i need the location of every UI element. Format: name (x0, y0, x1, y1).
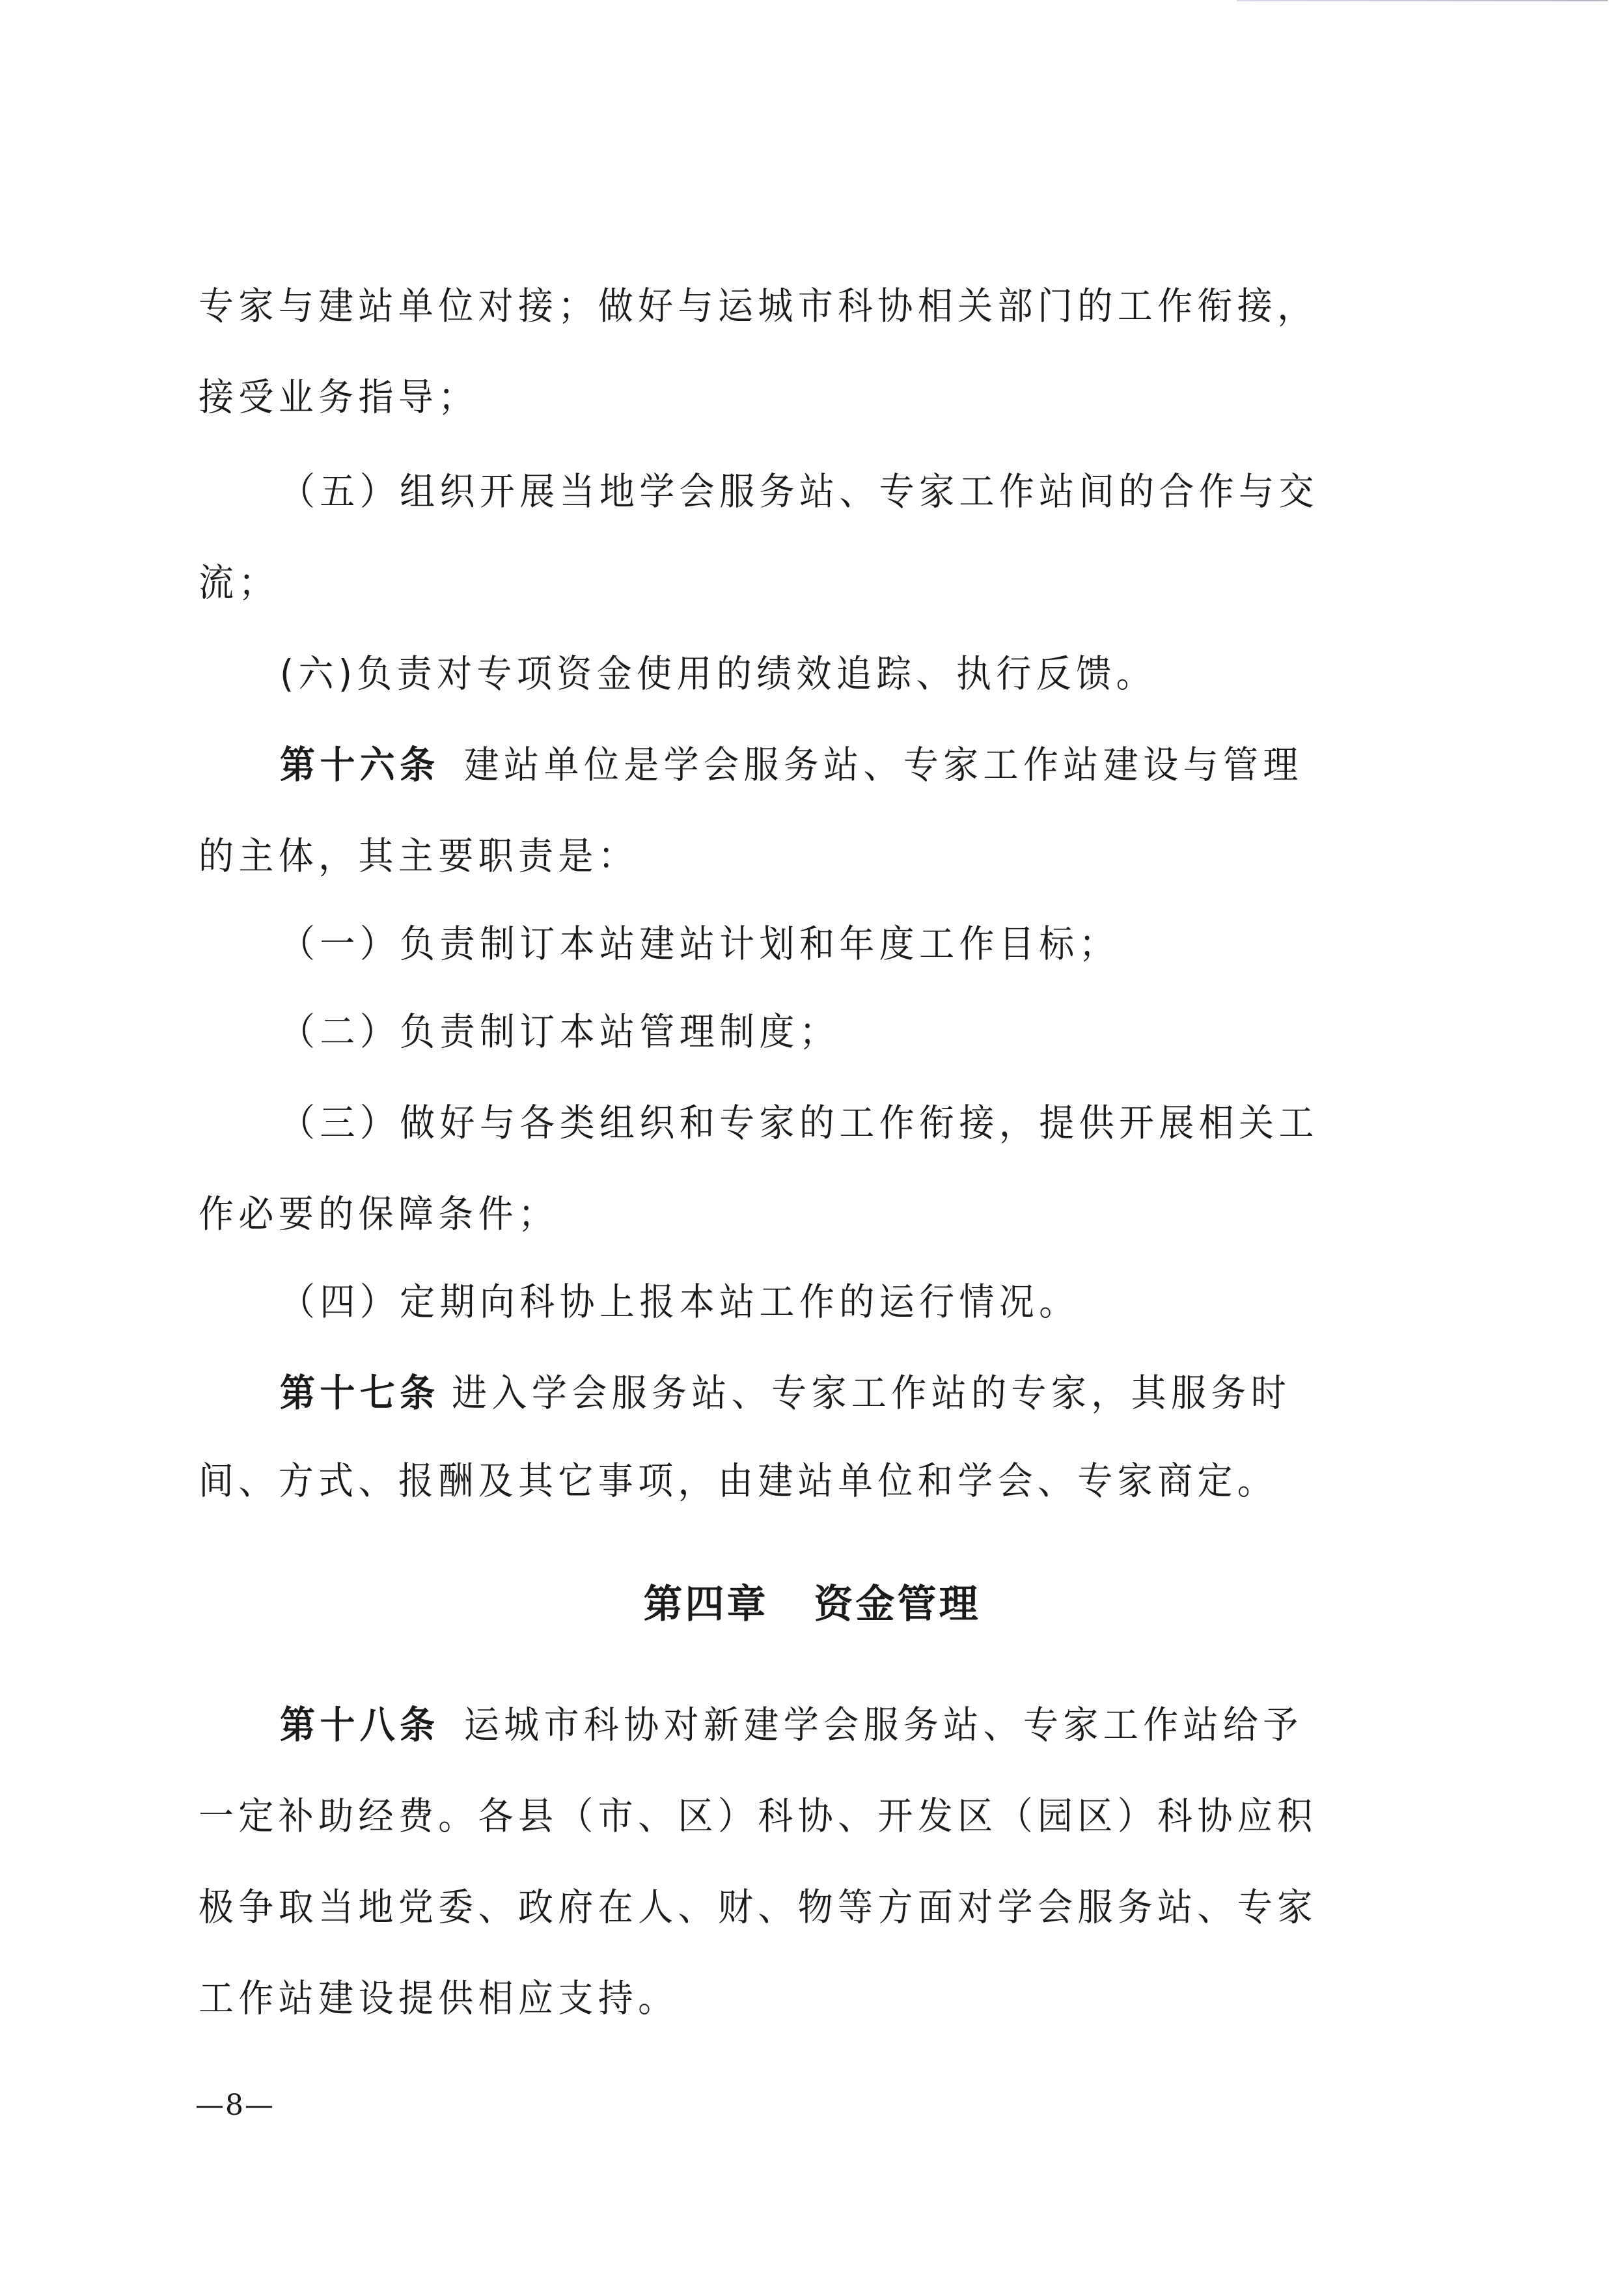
paragraph-line: 间、方式、报酬及其它事项，由建站单位和学会、专家商定。 (199, 1455, 1325, 1507)
article-17-label: 第十七条 (280, 1371, 440, 1415)
chapter-number: 第四章 (644, 1582, 769, 1627)
paragraph-line: 工作站建设提供相应支持。 (199, 1972, 1325, 2024)
article-17: 第十七条进入学会服务站、专家工作站的专家，其服务时 (280, 1367, 1406, 1419)
list-item-6: (六)负责对专项资金使用的绩效追踪、执行反馈。 (280, 648, 1406, 700)
paragraph-line: 作必要的保障条件； (199, 1188, 1325, 1240)
document-page: 专家与建站单位对接；做好与运城市科协相关部门的工作衔接， 接受业务指导； （五）… (0, 0, 1624, 2282)
paragraph-line: 极争取当地党委、政府在人、财、物等方面对学会服务站、专家 (199, 1881, 1325, 1933)
list-item-5: （五）组织开展当地学会服务站、专家工作站间的合作与交 (280, 465, 1406, 517)
paragraph-line: 专家与建站单位对接；做好与运城市科协相关部门的工作衔接， (199, 280, 1325, 332)
paragraph-line: 的主体，其主要职责是： (199, 830, 1325, 882)
article-16-item-1: （一）负责制订本站建站计划和年度工作目标； (280, 918, 1406, 970)
article-16: 第十六条建站单位是学会服务站、专家工作站建设与管理 (280, 739, 1406, 791)
article-16-label: 第十六条 (280, 743, 440, 787)
article-16-item-4: （四）定期向科协上报本站工作的运行情况。 (280, 1276, 1406, 1328)
article-17-text: 进入学会服务站、专家工作站的专家，其服务时 (452, 1371, 1291, 1415)
paragraph-line: 接受业务指导； (199, 371, 1325, 423)
chapter-heading: 第四章资金管理 (0, 1578, 1624, 1630)
chapter-title: 资金管理 (814, 1582, 981, 1627)
article-16-item-2: （二）负责制订本站管理制度； (280, 1006, 1406, 1058)
article-16-item-3: （三）做好与各类组织和专家的工作衔接，提供开展相关工 (280, 1097, 1406, 1149)
page-number: —8— (195, 2086, 275, 2125)
article-16-text: 建站单位是学会服务站、专家工作站建设与管理 (464, 743, 1303, 787)
article-18: 第十八条运城市科协对新建学会服务站、专家工作站给予 (280, 1699, 1406, 1751)
paragraph-line: 流； (199, 557, 1325, 609)
paragraph-line: 一定补助经费。各县（市、区）科协、开发区（园区）科协应积 (199, 1790, 1325, 1842)
article-18-text: 运城市科协对新建学会服务站、专家工作站给予 (464, 1703, 1303, 1747)
article-18-label: 第十八条 (280, 1703, 440, 1747)
